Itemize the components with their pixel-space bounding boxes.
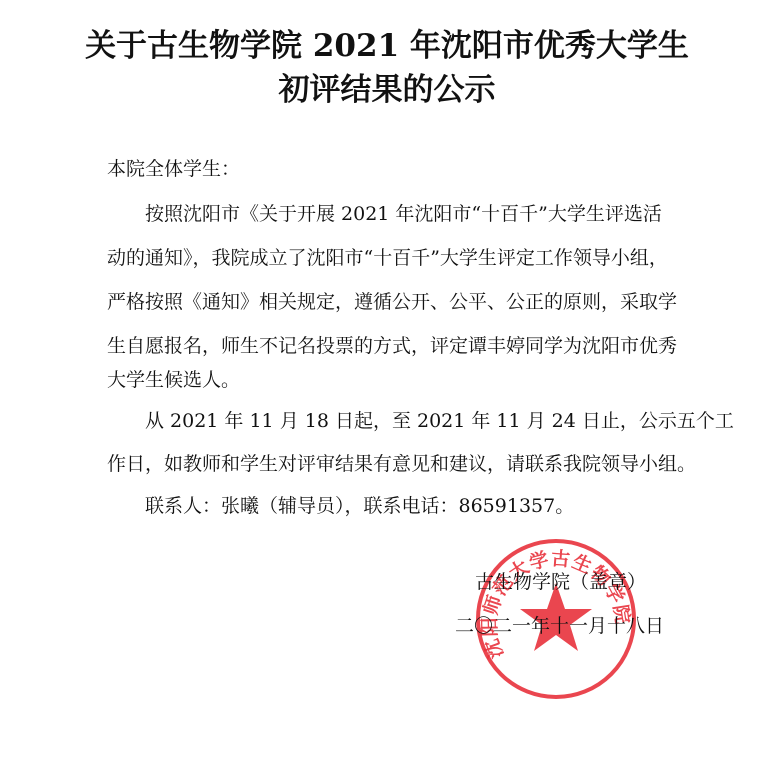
paragraph-line: 大学生候选人。 (107, 367, 240, 393)
paragraph-line: 从 2021 年 11 月 18 日起，至 2021 年 11 月 24 日止，… (145, 408, 734, 434)
document-title-line2: 初评结果的公示 (0, 70, 774, 110)
signature-date: 二〇二一年十一月十八日 (455, 613, 664, 639)
paragraph-line: 作日，如教师和学生对评审结果有意见和建议，请联系我院领导小组。 (107, 451, 696, 477)
signature-org: 古生物学院（盖章） (475, 569, 646, 595)
paragraph-line: 生自愿报名，师生不记名投票的方式，评定谭丰婷同学为沈阳市优秀 (107, 333, 677, 359)
contact-line: 联系人：张曦（辅导员），联系电话：86591357。 (145, 493, 574, 519)
document-title-line1: 关于古生物学院 2021 年沈阳市优秀大学生 (0, 26, 774, 66)
paragraph-line: 严格按照《通知》相关规定，遵循公开、公平、公正的原则，采取学 (107, 289, 677, 315)
salutation: 本院全体学生： (107, 156, 240, 182)
paragraph-line: 动的通知》，我院成立了沈阳市“十百千”大学生评定工作领导小组， (107, 245, 668, 271)
paragraph-line: 按照沈阳市《关于开展 2021 年沈阳市“十百千”大学生评选活 (145, 201, 662, 227)
